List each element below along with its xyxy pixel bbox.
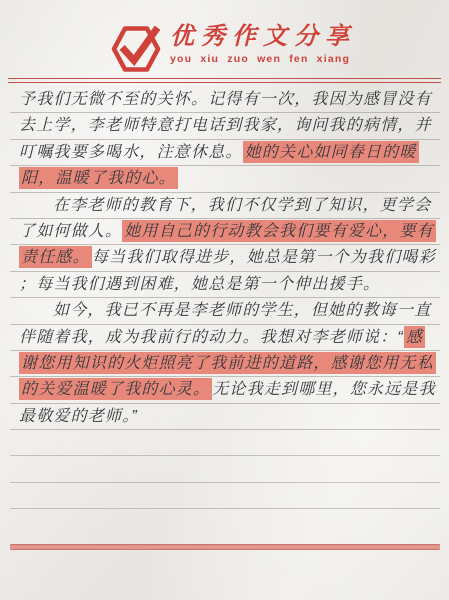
header-divider: [8, 78, 441, 83]
essay-text: 无论我走到哪里，您永远是我: [212, 381, 436, 398]
essay-text: 了如何做人。: [19, 223, 122, 240]
title-block: 优秀作文分享 you xiu zuo wen fen xiang: [170, 22, 370, 65]
highlighted-text: 感: [404, 326, 425, 348]
highlighted-text: 的关爱温暖了我的心灵。: [19, 378, 212, 400]
empty-ruled-line: [10, 456, 440, 482]
highlighted-text: 阳，温暖了我的心。: [19, 167, 178, 189]
essay-line: 伴随着我，成为我前行的动力。我想对李老师说：“感: [10, 325, 440, 351]
essay-line: 的关爱温暖了我的心灵。无论我走到哪里，您永远是我: [10, 377, 440, 403]
essay-text: 伴随着我，成为我前行的动力。我想对李老师说：“: [19, 329, 404, 346]
essay-text: 每当我们取得进步，她总是第一个为我们喝彩: [92, 249, 436, 266]
essay-line: 最敬爱的老师。”: [10, 404, 440, 430]
essay-text: 予我们无微不至的关怀。记得有一次，我因为感冒没有: [19, 91, 432, 108]
empty-ruled-line: [10, 483, 440, 509]
essay-line: 叮嘱我要多喝水，注意休息。她的关心如同春日的暖: [10, 140, 440, 166]
highlighted-text: 她的关心如同春日的暖: [243, 141, 419, 163]
page-subtitle-pinyin: you xiu zuo wen fen xiang: [170, 53, 370, 65]
essay-line: ；每当我们遇到困难，她总是第一个伸出援手。: [10, 272, 440, 298]
empty-ruled-line: [10, 430, 440, 456]
essay-text: 叮嘱我要多喝水，注意休息。: [19, 144, 243, 161]
essay-text: 去上学，李老师特意打电话到我家，询问我的病情，并: [19, 117, 432, 134]
header: 优秀作文分享 you xiu zuo wen fen xiang: [0, 22, 449, 76]
essay-line: 责任感。每当我们取得进步，她总是第一个为我们喝彩: [10, 245, 440, 271]
page-title: 优秀作文分享: [170, 22, 370, 52]
essay-text: 如今，我已不再是李老师的学生，但她的教诲一直: [53, 302, 431, 319]
highlighted-text: 她用自己的行动教会我们要有爱心，要有: [122, 220, 436, 242]
essay-lines: 予我们无微不至的关怀。记得有一次，我因为感冒没有去上学，李老师特意打电话到我家，…: [10, 87, 440, 509]
essay-line: 去上学，李老师特意打电话到我家，询问我的病情，并: [10, 113, 440, 139]
highlighted-text: 责任感。: [19, 246, 92, 268]
essay-line: 如今，我已不再是李老师的学生，但她的教诲一直: [10, 298, 440, 324]
hexagon-checkmark-icon: [111, 24, 161, 74]
essay-text: 在李老师的教育下，我们不仅学到了知识，更学会: [53, 197, 431, 214]
essay-line: 予我们无微不至的关怀。记得有一次，我因为感冒没有: [10, 87, 440, 113]
essay-text: 最敬爱的老师。”: [19, 408, 138, 425]
paper-page: 优秀作文分享 you xiu zuo wen fen xiang 予我们无微不至…: [0, 0, 449, 600]
essay-text: ；每当我们遇到困难，她总是第一个伸出援手。: [19, 276, 380, 293]
essay-line: 阳，温暖了我的心。: [10, 166, 440, 192]
essay-line: 谢您用知识的火炬照亮了我前进的道路，感谢您用无私: [10, 351, 440, 377]
essay-end-bar: [10, 544, 440, 550]
essay-line: 在李老师的教育下，我们不仅学到了知识，更学会: [10, 193, 440, 219]
highlighted-text: 谢您用知识的火炬照亮了我前进的道路，感谢您用无私: [19, 352, 436, 374]
essay-line: 了如何做人。她用自己的行动教会我们要有爱心，要有: [10, 219, 440, 245]
